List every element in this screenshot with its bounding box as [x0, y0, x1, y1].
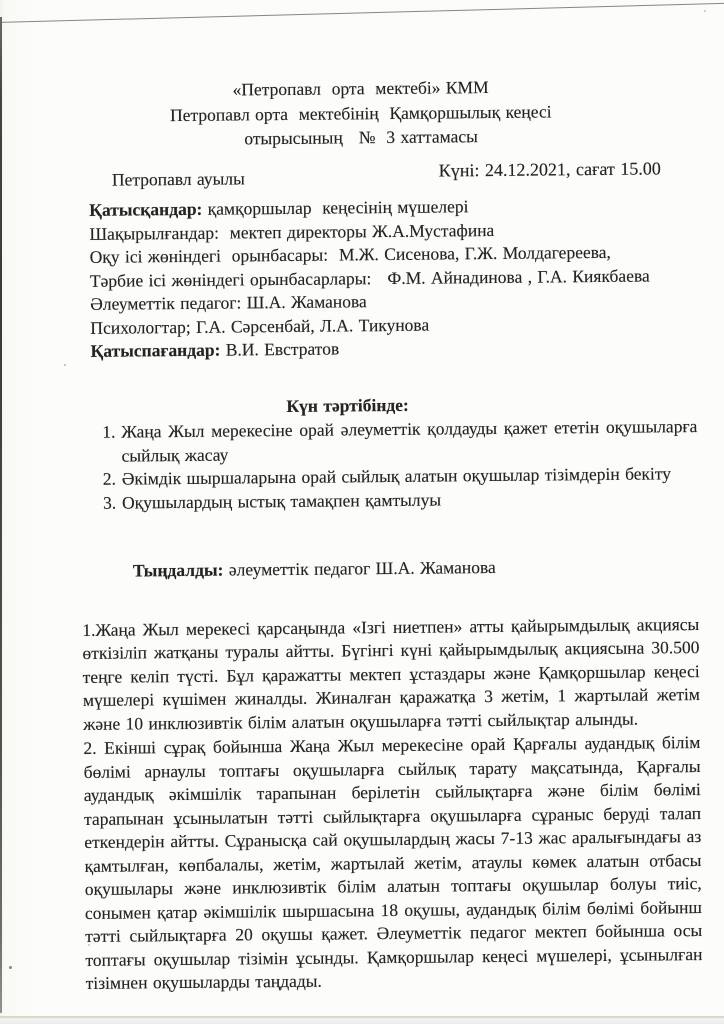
heard-line: Тыңдалды: әлеуметтік педагог Ш.А. Жамано… [81, 530, 699, 606]
heard-label: Тыңдалды: [133, 559, 224, 580]
scan-speck [704, 10, 706, 12]
scan-edge-line [0, 17, 2, 1013]
title-line-protocol-number: отырысының № 3 хаттамасы [77, 123, 644, 153]
paragraph-question-2: 2. Екінші сұрақ бойынша Жаңа Жыл мерекес… [83, 731, 702, 995]
document-title: «Петропавл орта мектебі» КММ Петропавл о… [76, 0, 644, 152]
attendee-text: М.Ж. Сисенова, Г.Ж. Молдагереева, [328, 242, 611, 265]
document-content: «Петропавл орта мектебі» КММ Петропавл о… [76, 0, 702, 995]
meta-place: Петропавл ауылы [112, 167, 245, 192]
agenda-item-number: 3. [103, 491, 122, 515]
agenda-item-text: Оқушылардың ыстық тамақпен қамтылуы [122, 486, 698, 515]
meta-datetime: Күні: 24.12.2021, сағат 15.00 [439, 157, 661, 183]
attendee-text: Ш.А. Жаманова [241, 291, 367, 312]
attendee-line-absent: Қатыспағандар: В.И. Евстратов [90, 334, 696, 363]
agenda-item-number: 2. [103, 468, 122, 492]
attendee-text: Г.А. Сәрсенбай, Л.А. Тикунова [191, 314, 430, 336]
attendee-label: Қатыспағандар: [90, 340, 220, 361]
agenda-item: 3.Оқушылардың ыстық тамақпен қамтылуы [103, 486, 698, 515]
meta-row: Петропавл ауылы Күні: 24.12.2021, сағат … [78, 163, 695, 192]
attendee-text: Ф.М. Айнадинова , Г.А. Киякбаева [371, 265, 650, 288]
heard-text: әлеуметтік педагог Ш.А. Жаманова [223, 556, 495, 579]
agenda-list: 1.Жаңа Жыл мерекесіне орай әлеуметтік қо… [80, 415, 698, 515]
agenda-item-text: Жаңа Жыл мерекесіне орай әлеуметтік қолд… [121, 415, 697, 468]
agenda-item: 1.Жаңа Жыл мерекесіне орай әлеуметтік қо… [102, 415, 697, 468]
scan-speck [64, 364, 66, 366]
attendee-label: Қатысқандар: [89, 199, 202, 220]
attendee-label: Психологтар; [90, 316, 190, 337]
attendee-text: В.И. Евстратов [220, 338, 339, 359]
scanned-document-page: «Петропавл орта мектебі» КММ Петропавл о… [0, 0, 724, 1024]
scanner-bottom-edge [0, 1016, 724, 1024]
paragraph-question-1: 1.Жаңа Жыл мерекесі қарсаңында «Ізгі ние… [82, 613, 700, 736]
attendee-text: мектеп директоры Ж.А.Мустафина [219, 219, 494, 242]
attendee-text: қамқоршылар кеңесінің мүшелері [202, 196, 468, 219]
attendees-block: Қатысқандар: қамқоршылар кеңесінің мүшел… [78, 193, 697, 363]
attendee-label: Оқу ісі жөніндегі орынбасары: [90, 245, 329, 267]
attendee-label: Тәрбие ісі жөніндегі орынбасарлары: [90, 268, 372, 291]
attendee-label: Әлеуметтік педагог: [90, 292, 241, 313]
attendee-label: Шақырылғандар: [89, 222, 219, 243]
agenda-item-number: 1. [102, 421, 121, 468]
scan-speck [9, 966, 12, 969]
